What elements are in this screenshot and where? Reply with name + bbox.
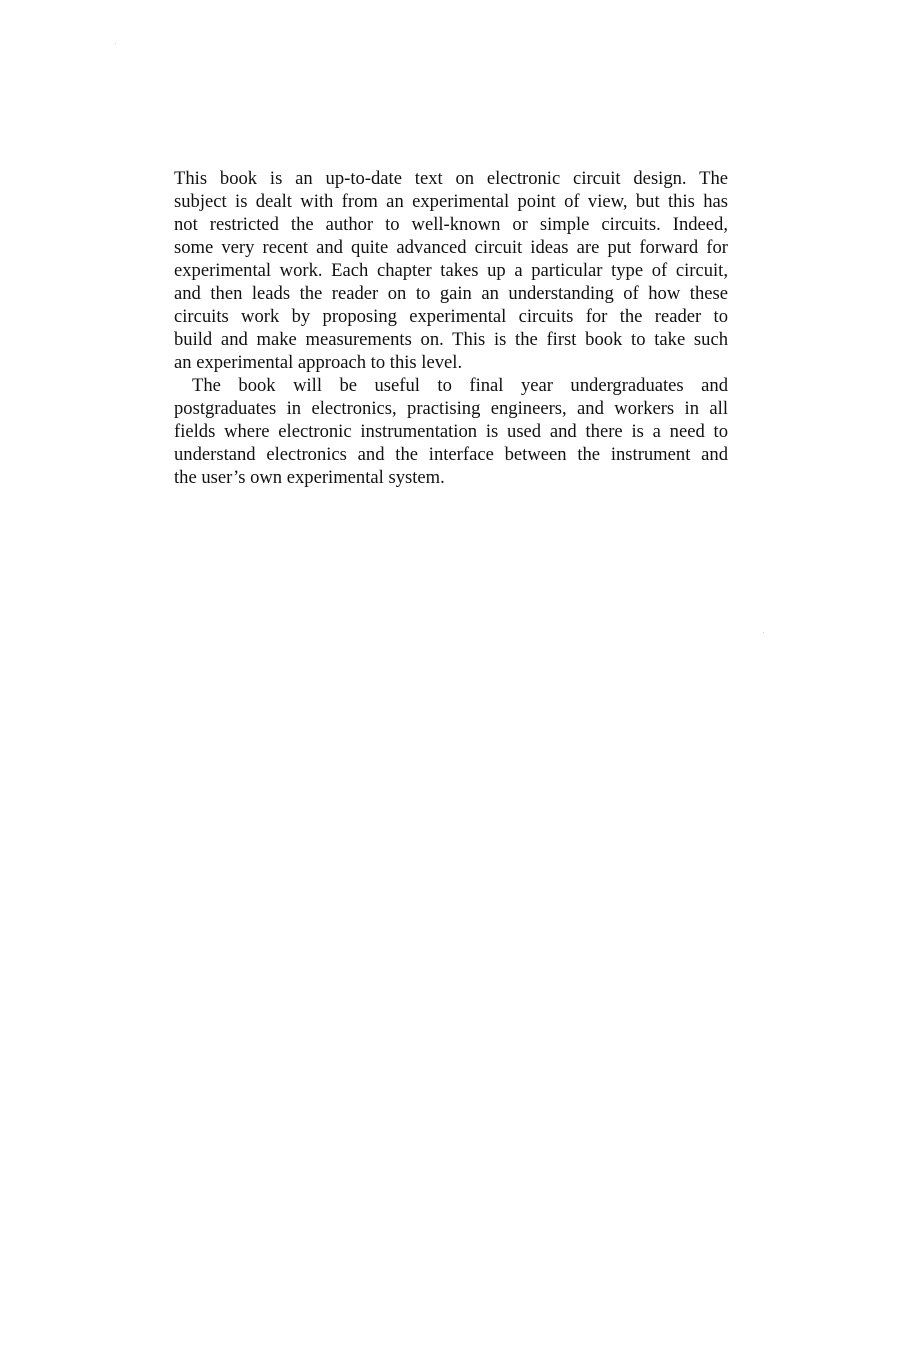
text-line: build and make measurements on. This is … (174, 328, 728, 351)
text-line: the user’s own experimental system. (174, 466, 728, 489)
blurb-text-block: This book is an up-to-date text on elect… (174, 167, 728, 489)
text-line: experimental work. Each chapter takes up… (174, 259, 728, 282)
text-line: fields where electronic instrumentation … (174, 420, 728, 443)
text-line: The book will be useful to final year un… (174, 374, 728, 397)
book-page: This book is an up-to-date text on elect… (0, 0, 901, 1350)
text-line: This book is an up-to-date text on elect… (174, 167, 728, 190)
text-line: not restricted the author to well-known … (174, 213, 728, 236)
text-line: circuits work by proposing experimental … (174, 305, 728, 328)
text-line: subject is dealt with from an experiment… (174, 190, 728, 213)
paragraph-1: This book is an up-to-date text on elect… (174, 167, 728, 374)
text-line: postgraduates in electronics, practising… (174, 397, 728, 420)
scan-speck (763, 632, 764, 633)
text-line: some very recent and quite advanced circ… (174, 236, 728, 259)
text-line: and then leads the reader on to gain an … (174, 282, 728, 305)
text-line: an experimental approach to this level. (174, 351, 728, 374)
text-line: understand electronics and the interface… (174, 443, 728, 466)
paragraph-2: The book will be useful to final year un… (174, 374, 728, 489)
scan-speck (115, 43, 116, 44)
